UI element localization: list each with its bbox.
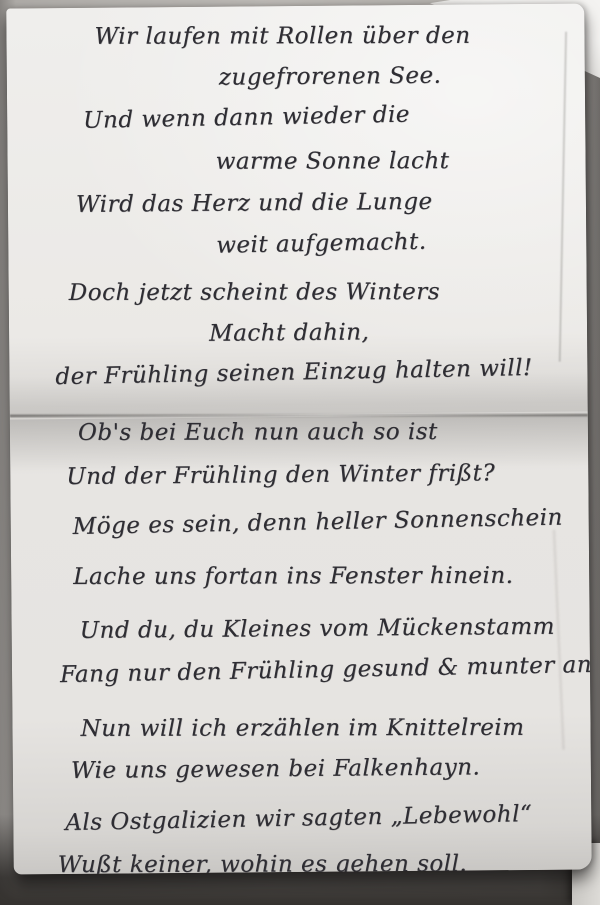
handwriting-line: Doch jetzt scheint des Winters <box>69 279 573 322</box>
handwriting-line: der Frühling seinen Einzug halten will! <box>55 354 574 406</box>
handwriting-line: Ob's bei Euch nun auch so ist <box>78 419 574 462</box>
handwriting-line: Und der Frühling den Winter frißt? <box>66 460 574 506</box>
handwriting-lines: Wir laufen mit Rollen über denzugefroren… <box>46 20 578 875</box>
handwriting-line: Wir laufen mit Rollen über den <box>94 23 570 66</box>
handwriting-line: Und wenn dann wieder die <box>83 99 572 150</box>
handwriting-line: Nun will ich erzählen im Knittelreim <box>81 715 577 758</box>
handwriting-line: Wie uns gewesen bei Falkenhayn. <box>71 754 577 800</box>
handwriting-line: Fang nur den Frühling gesund & munter an… <box>60 652 577 704</box>
handwriting-line: Als Ostgalizien wir sagten „Lebewohl“ <box>65 800 578 852</box>
letter-paper: Wir laufen mit Rollen über denzugefroren… <box>6 3 592 874</box>
handwriting-line: warme Sonne lacht <box>216 148 572 191</box>
handwriting-line: Wußt keiner, wohin es gehen soll. <box>58 851 578 875</box>
handwriting-line: Möge es sein, denn heller Sonnenschein <box>72 504 575 556</box>
handwriting-line: Lache uns fortan ins Fenster hinein. <box>73 563 575 606</box>
handwriting-line: weit aufgemacht. <box>216 226 573 275</box>
letter-photo: Wir laufen mit Rollen über denzugefroren… <box>0 0 600 905</box>
